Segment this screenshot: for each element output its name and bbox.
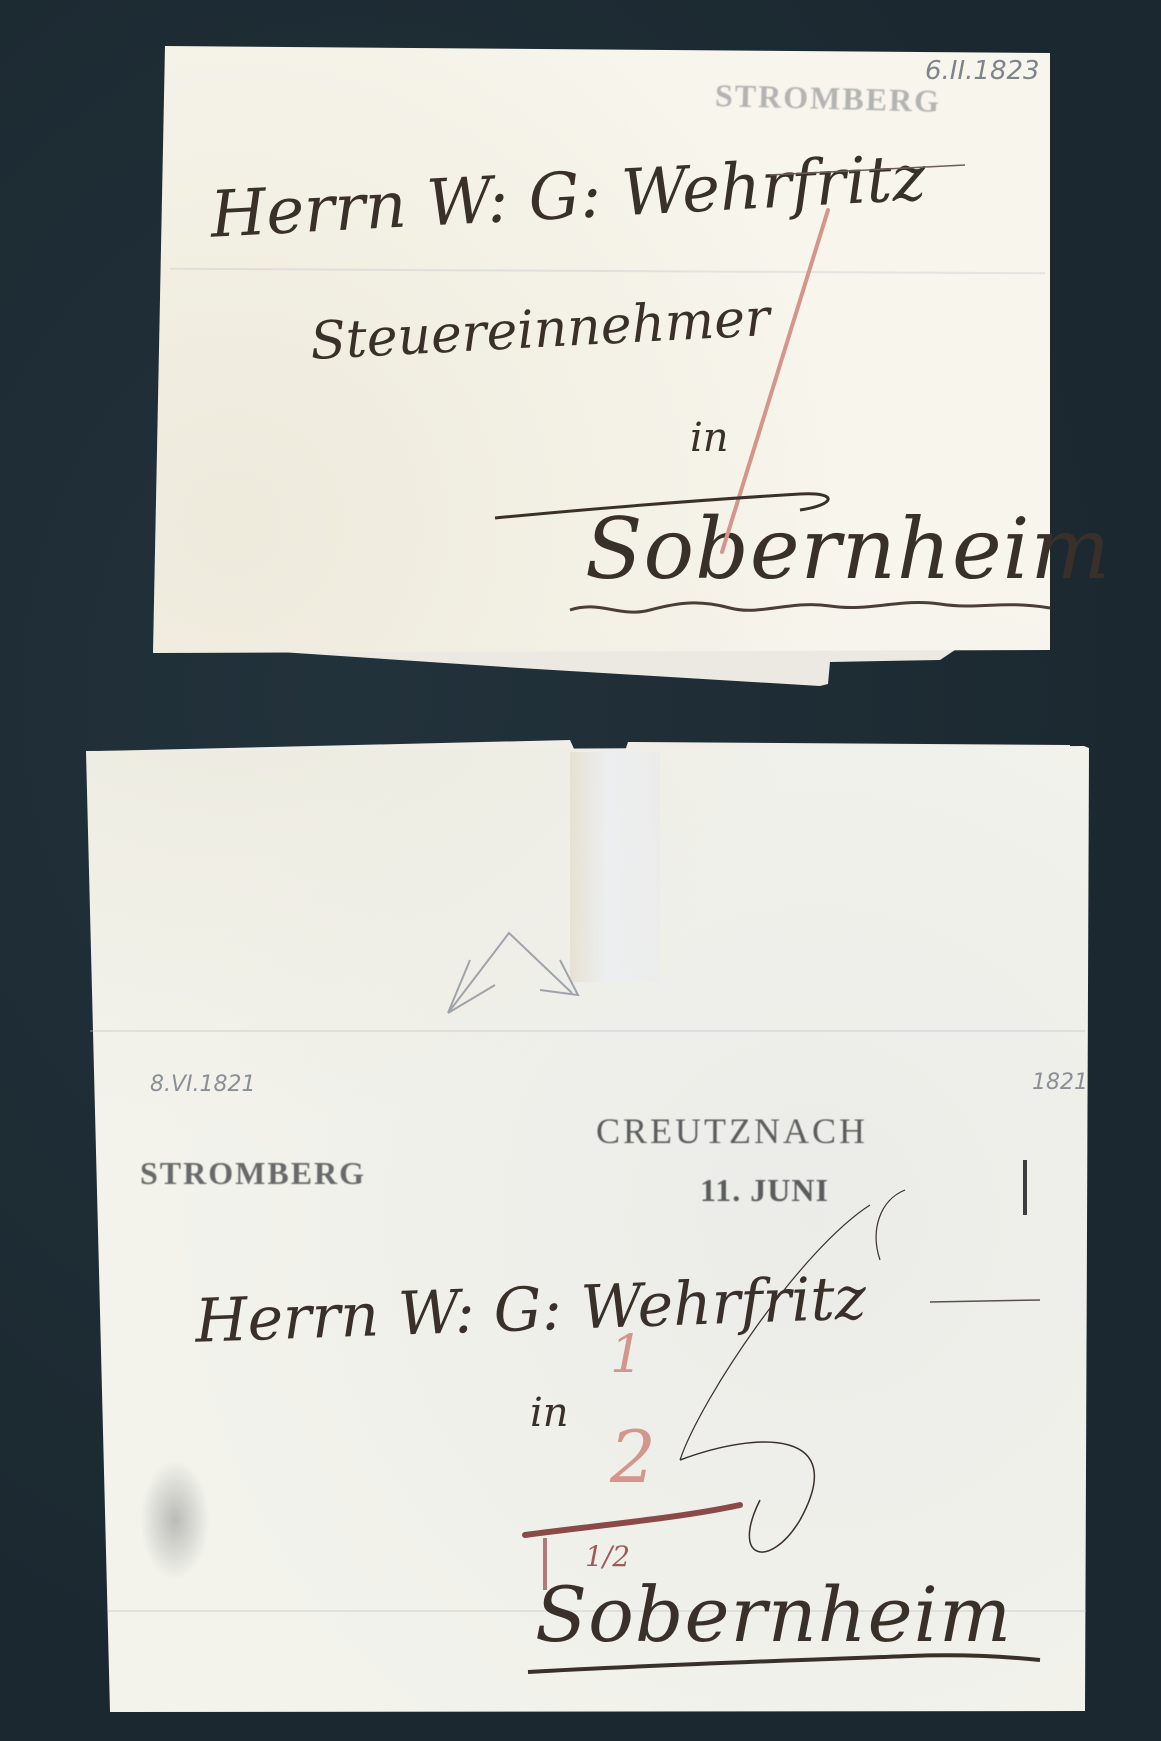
bottom-letter-ink-smudge (140, 1460, 210, 1580)
